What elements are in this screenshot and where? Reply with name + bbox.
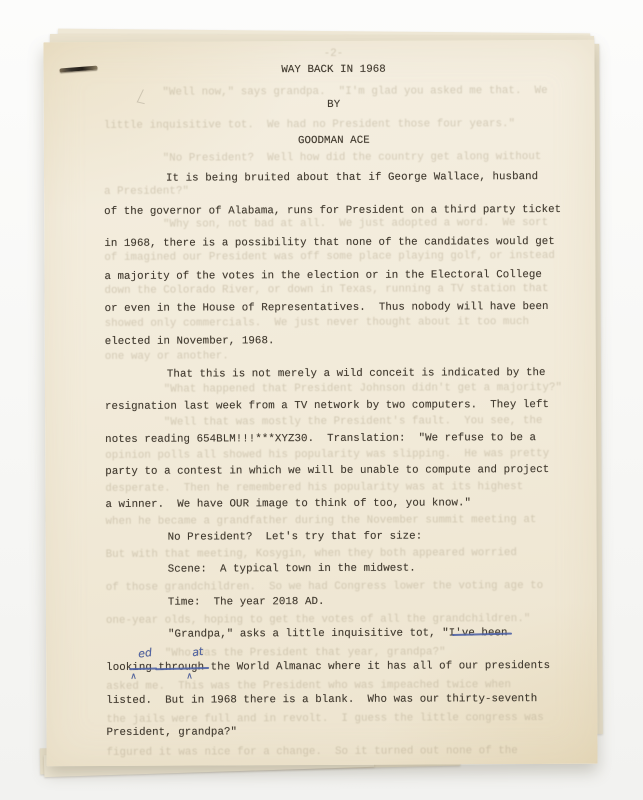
struck-text: through [158, 662, 204, 675]
ghost-line: down the Colorado River, or down in Texa… [104, 283, 584, 298]
ghost-line: asked me. This was the President who was… [106, 679, 586, 694]
ghost-line: of those grandchildren. So we had Congre… [106, 580, 586, 595]
ghost-line: when he became a grandfather during the … [105, 514, 585, 529]
manuscript-page: -2- "Well now," says grandpa. "I'm glad … [43, 40, 597, 766]
typed-segment: the World Almanac where it has all of ou… [204, 660, 550, 674]
handwritten-insert: ed [137, 647, 152, 660]
ghost-line: "Why son, not bad at all. We just adopte… [104, 217, 584, 232]
body-line: of the governor of Alabama, runs for Pre… [104, 203, 584, 218]
body-line: a winner. We have OUR image to think of … [105, 497, 585, 512]
ghost-line: a President?" [104, 184, 584, 199]
ghost-line: "Well that was mostly the President's fa… [105, 415, 585, 430]
body-line: resignation last week from a TV network … [105, 399, 585, 414]
ghost-line: one-year olds, hoping to get the votes o… [106, 613, 586, 628]
body-line-edited: looking through the World Almanac where … [106, 660, 586, 675]
body-line: in 1968, there is a possibility that non… [104, 236, 584, 251]
struck-text: 've been [455, 628, 507, 641]
ghost-line: "What happened that President Johnson di… [105, 382, 585, 397]
body-line: a majority of the votes in the election … [104, 269, 584, 284]
author: GOODMAN ACE [104, 134, 564, 149]
body-line: elected in November, 1968. [105, 334, 585, 349]
body-line: It is being bruited about that if George… [104, 171, 643, 186]
body-line: That this is not merely a wild conceit i… [105, 366, 643, 381]
page-title: WAY BACK IN 1968 [104, 63, 564, 78]
byline: BY [104, 98, 564, 113]
ghost-line: figured it was nice for a change. So it … [106, 745, 586, 760]
caret-mark: ∧ [186, 673, 193, 682]
caret-mark: ∧ [130, 673, 137, 682]
handwritten-insert: at [191, 646, 203, 658]
ghost-line: "Who was the President that year, grandp… [106, 646, 586, 661]
ghost-line: desperate. Then he remembered his popula… [105, 481, 585, 496]
ghost-line: little inquisitive tot. We had no Presid… [104, 118, 584, 133]
ghost-line: opinion polls all showed his popularity … [105, 448, 585, 463]
ghost-line: of imagined our President was off some p… [104, 250, 584, 265]
ghost-line: one way or another. [105, 349, 585, 364]
staple [59, 66, 97, 73]
body-line: Time: The year 2018 AD. [106, 594, 643, 609]
body-line: party to a contest in which we will be u… [105, 464, 585, 479]
typed-segment: "Grandpa," asks a little inquisitive tot… [168, 628, 455, 641]
body-line: or even in the House of Representatives.… [105, 301, 585, 316]
ghost-line: showed only commercials. We just never t… [105, 316, 585, 331]
body-line: notes reading 654BLM!!!***XYZ30. Transla… [105, 432, 585, 447]
body-line: Scene: A typical town in the midwest. [106, 562, 643, 577]
body-line: President, grandpa?" [106, 725, 586, 740]
ghost-line: But with that meeting, Kosygin, when the… [106, 547, 586, 562]
ghost-page-number: -2- [103, 47, 563, 62]
body-line: listed. But in 1968 there is a blank. Wh… [106, 692, 586, 707]
photo-background: -2- "Well now," says grandpa. "I'm glad … [0, 0, 643, 800]
ghost-line: "No President? Well how did the country … [104, 151, 584, 166]
body-line-edited: "Grandpa," asks a little inquisitive tot… [106, 627, 643, 642]
body-line: No President? Let's try that for size: [106, 529, 643, 544]
